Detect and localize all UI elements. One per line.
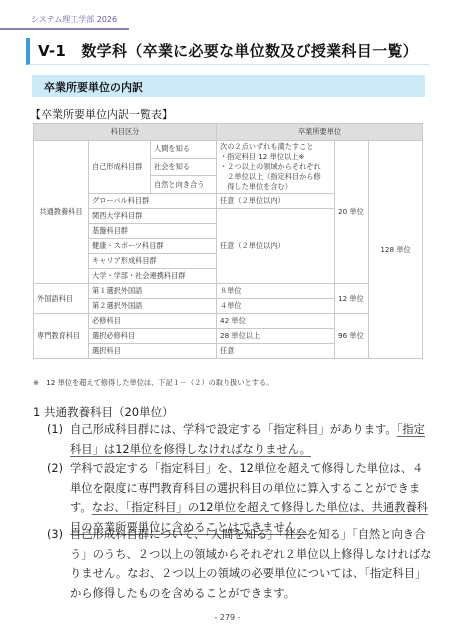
foreign-req: ４単位 (217, 299, 335, 314)
section-bar: 卒業所要単位の内訳 (32, 75, 425, 97)
major-name: 選択科目 (89, 344, 217, 359)
foreign-name: 第２選択外国語 (89, 299, 217, 314)
req-line: ・２つ以上の領域からそれぞれ (220, 162, 331, 172)
page-number: - 279 - (0, 613, 455, 622)
units-table: 科目区分 卒業所要単位 共通教養科目 自己形成科目群 人間を知る 次の２点いずれ… (33, 123, 423, 359)
req-line: 次の２点いずれも満たすこと (220, 142, 331, 152)
chapter-heading: V-1 数学科（卒業に必要な単位数及び授業科目一覧） (26, 38, 429, 65)
major-name: 選択必修科目 (89, 329, 217, 344)
group-name: キャリア形成科目群 (89, 254, 217, 269)
item-text-plain: 自己形成科目群には、学科で設定する「指定科目」があります。 (70, 423, 397, 436)
foreign-req: ８単位 (217, 284, 335, 299)
major-req: 任意 (217, 344, 335, 359)
group-name: 健康・スポーツ科目群 (89, 239, 217, 254)
self-sub: 社会を知る (151, 158, 217, 176)
item-number: (1) (47, 420, 63, 440)
self-group: 自己形成科目群 (89, 141, 151, 194)
foreign-subtotal: 12 単位 (335, 284, 369, 314)
body-heading: 1 共通教養科目（20単位） (33, 404, 174, 420)
header-units: 卒業所要単位 (217, 124, 423, 141)
group-name: 大学・学部・社会連携科目群 (89, 269, 217, 284)
table-row: 共通教養科目 自己形成科目群 人間を知る 次の２点いずれも満たすこと ・指定科目… (34, 141, 423, 159)
major-req: 28 単位以上 (217, 329, 335, 344)
section-title: 卒業所要単位の内訳 (44, 79, 143, 95)
chapter-title: V-1 数学科（卒業に必要な単位数及び授業科目一覧） (38, 40, 418, 61)
item-number: (2) (47, 459, 63, 479)
table-header-row: 科目区分 卒業所要単位 (34, 124, 423, 141)
total-units: 128 単位 (369, 141, 423, 359)
self-sub: 自然と向き合う (151, 176, 217, 194)
req-line: ２単位以上（指定科目から修 (220, 172, 331, 182)
req-line: 得した単位を含む） (220, 182, 331, 192)
foreign-label: 外国語科目 (34, 284, 89, 314)
item-text: 自己形成科目群には、学科で設定する「指定科目」があります。「指定科目」は12単位… (70, 420, 432, 459)
table-row: 専門教育科目 必修科目 42 単位 96 単位 (34, 314, 423, 329)
self-sub: 人間を知る (151, 141, 217, 159)
table-row: 外国語科目 第１選択外国語 ８単位 12 単位 (34, 284, 423, 299)
item-number: (3) (47, 525, 63, 545)
running-head-rule (0, 28, 129, 30)
major-req: 42 単位 (217, 314, 335, 329)
group-name: 基盤科目群 (89, 224, 217, 239)
foreign-name: 第１選択外国語 (89, 284, 217, 299)
common-label: 共通教養科目 (34, 141, 89, 284)
self-requirement: 次の２点いずれも満たすこと ・指定科目 12 単位以上※ ・２つ以上の領域からそ… (217, 141, 335, 194)
group-name: 関西大学科目群 (89, 209, 217, 224)
item-text: 自己形成科目群について、「人間を知る」「社会を知る」「自然と向き合う」のうち、２… (70, 525, 432, 603)
running-head: システム理工学部 2026 (31, 14, 117, 25)
common-subtotal: 20 単位 (335, 141, 369, 284)
global-group: グローバル科目群 (89, 194, 217, 209)
req-line: ・指定科目 12 単位以上※ (220, 152, 331, 162)
global-req: 任意（２単位以内） (217, 194, 335, 209)
groups-req: 任意（２単位以内） (217, 209, 335, 284)
major-label: 専門教育科目 (34, 314, 89, 359)
header-category: 科目区分 (34, 124, 217, 141)
table-note: ※ 12 単位を超えて修得した単位は、下記１－（２）の取り扱いとする。 (33, 378, 273, 388)
table-caption: 【卒業所要単位内訳一覧表】 (30, 106, 173, 122)
major-name: 必修科目 (89, 314, 217, 329)
major-subtotal: 96 単位 (335, 314, 369, 359)
